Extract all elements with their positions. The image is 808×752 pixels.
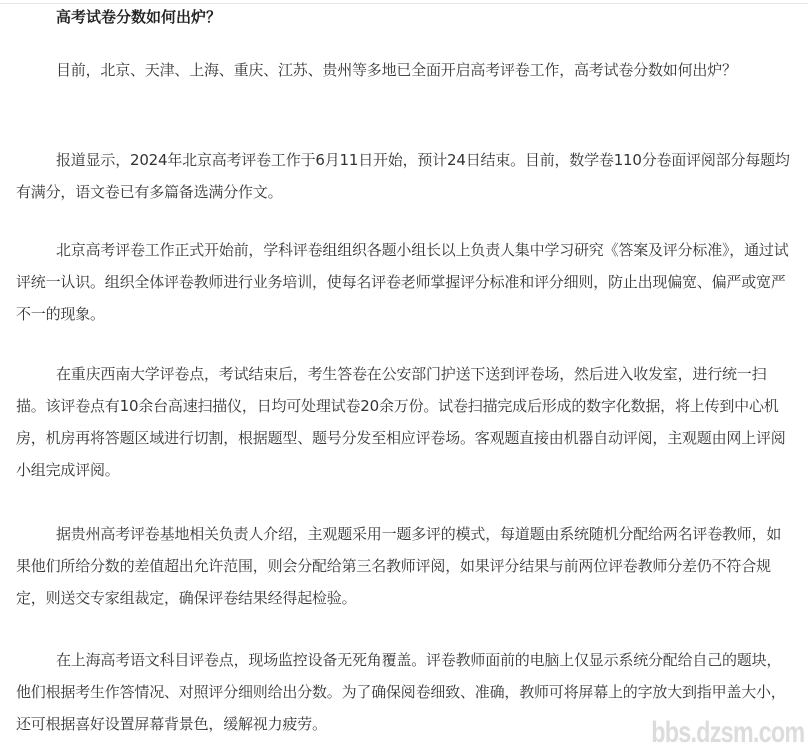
site-watermark: bbs.dzsm.com (651, 716, 804, 750)
article-heading: 高考试卷分数如何出炉？ (16, 0, 792, 34)
paragraph-intro: 目前，北京、天津、上海、重庆、江苏、贵州等多地已全面开启高考评卷工作，高考试卷分… (16, 54, 792, 86)
paragraph-chongqing-scanning: 在重庆西南大学评卷点，考试结束后，考生答卷在公安部门护送下送到评卷场，然后进入收… (16, 358, 792, 486)
article-body: 高考试卷分数如何出炉？ 目前，北京、天津、上海、重庆、江苏、贵州等多地已全面开启… (16, 0, 792, 34)
paragraph-beijing-schedule: 报道显示，2024年北京高考评卷工作于6月11日开始，预计24日结束。目前，数学… (16, 144, 792, 208)
paragraph-beijing-training: 北京高考评卷工作正式开始前，学科评卷组组织各题小组长以上负责人集中学习研究《答案… (16, 234, 792, 330)
paragraph-guizhou-grading: 据贵州高考评卷基地相关负责人介绍，主观题采用一题多评的模式，每道题由系统随机分配… (16, 518, 792, 614)
